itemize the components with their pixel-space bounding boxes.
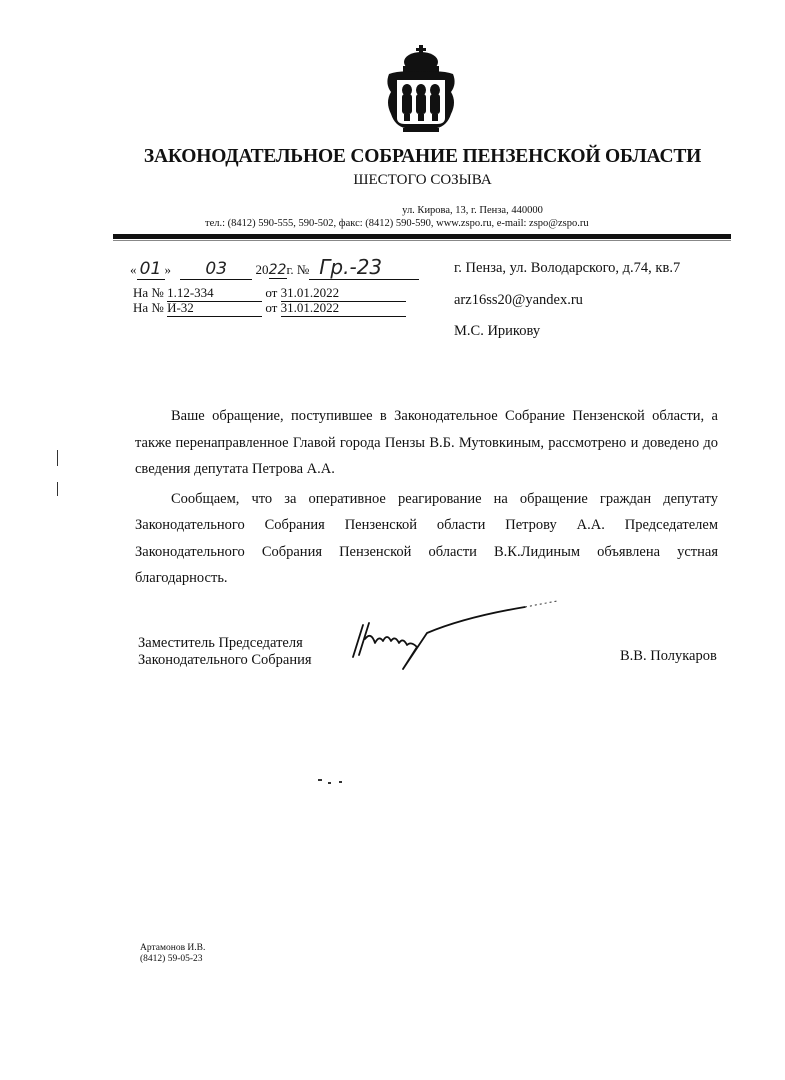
organization-contacts: тел.: (8412) 590-555, 590-502, факс: (84… — [205, 218, 589, 229]
day-field: 01 — [137, 259, 165, 280]
signer-name: В.В. Полукаров — [620, 648, 717, 665]
letterhead-divider — [113, 234, 731, 239]
scan-artifact — [57, 450, 58, 466]
organization-address: ул. Кирова, 13, г. Пенза, 440000 — [0, 205, 785, 216]
scan-artifact — [339, 781, 342, 783]
coat-of-arms-icon — [383, 44, 459, 134]
convocation-label: ШЕСТОГО СОЗЫВА — [0, 172, 785, 189]
body-paragraph: Сообщаем, что за оперативное реагировани… — [135, 486, 718, 592]
body-paragraph: Ваше обращение, поступившее в Законодате… — [135, 403, 718, 483]
reference-number: И-32 — [167, 300, 262, 317]
letter-body: Ваше обращение, поступившее в Законодате… — [135, 403, 718, 592]
recipient-name: М.С. Ирикову — [454, 323, 540, 340]
handwritten-signature-icon — [345, 595, 565, 675]
recipient-address: г. Пенза, ул. Володарского, д.74, кв.7 — [454, 260, 680, 277]
scan-artifact — [328, 782, 331, 784]
outgoing-number-field: Гр.-23 — [309, 255, 419, 280]
letterhead-divider-thin — [113, 240, 731, 241]
organization-name: ЗАКОНОДАТЕЛЬНОЕ СОБРАНИЕ ПЕНЗЕНСКОЙ ОБЛА… — [0, 146, 785, 168]
reference-date: 31.01.2022 — [281, 300, 406, 317]
year-field: 22 — [269, 262, 287, 279]
month-field: 03 — [180, 259, 252, 280]
scan-artifact — [57, 482, 58, 496]
executor-name: Артамонов И.В. — [140, 943, 205, 954]
signer-position: Заместитель Председателя Законодательног… — [138, 635, 312, 669]
reference-row: На № И-32 от 31.01.2022 — [133, 300, 406, 317]
scan-artifact — [318, 779, 322, 781]
executor-info: Артамонов И.В. (8412) 59-05-23 — [140, 943, 205, 965]
executor-phone: (8412) 59-05-23 — [140, 954, 205, 965]
outgoing-date-number: «01» 03 2022г. №Гр.-23 — [130, 255, 419, 280]
recipient-email: arz16ss20@yandex.ru — [454, 292, 583, 309]
